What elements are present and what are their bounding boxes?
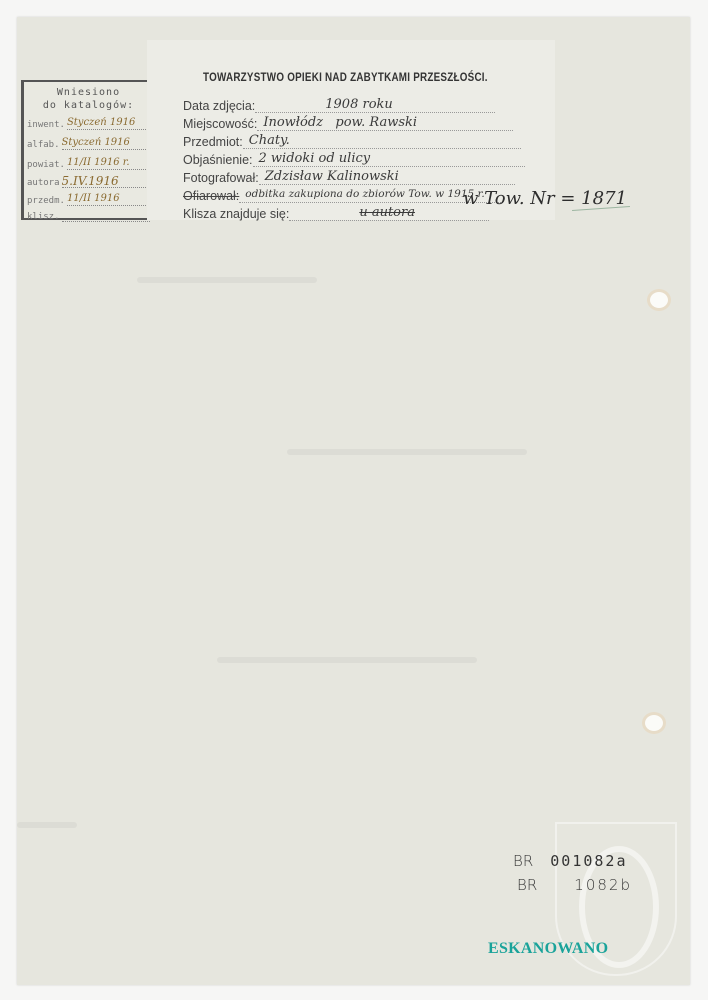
- shelfmark-line1: BR 001082a: [513, 852, 628, 870]
- stamp-row-value: 11/II 1916: [67, 193, 150, 206]
- punch-hole: [645, 715, 663, 731]
- field-value: Zdzisław Kalinowski: [259, 169, 515, 185]
- field-ofiarowal: Ofiarował: odbitka zakupiona do zbiorów …: [183, 185, 503, 203]
- stamp-row-value: [62, 221, 150, 222]
- card-title: TOWARZYSTWO OPIEKI NAD ZABYTKAMI PRZESZŁ…: [203, 70, 488, 84]
- plate-location-addition: w Tow. Nr = 1871: [463, 188, 627, 209]
- show-through-mark: [287, 449, 527, 455]
- field-miejscowosc: Miejscowość: Inowłódz pow. Rawski: [183, 113, 513, 131]
- field-value: Inowłódz pow. Rawski: [257, 115, 513, 131]
- field-label: Klisza znajduje się:: [183, 207, 289, 221]
- field-value-struck: u autora: [289, 205, 489, 221]
- show-through-mark: [137, 277, 317, 283]
- stamp-row-label: powiat.: [27, 160, 65, 170]
- stamp-row-value: 5.IV.1916: [62, 175, 150, 188]
- field-label: Data zdjęcia:: [183, 99, 255, 113]
- field-label: Przedmiot:: [183, 135, 243, 149]
- field-klisza: Klisza znajduje się: u autora: [183, 203, 489, 221]
- field-label: Ofiarował:: [183, 189, 239, 203]
- field-label: Miejscowość:: [183, 117, 257, 131]
- stamp-row-label: klisz.: [27, 212, 60, 222]
- stamp-row-value: 11/II 1916 r.: [67, 157, 150, 170]
- stamp-row-przedm: przedm. 11/II 1916: [27, 190, 150, 206]
- stamp-row-value: Styczeń 1916: [67, 117, 150, 130]
- shelfmark-prefix: BR: [513, 852, 533, 870]
- punch-hole: [650, 292, 668, 308]
- show-through-mark: [217, 657, 477, 663]
- stamp-heading-line2: do katalogów:: [24, 99, 153, 112]
- field-value: 2 widoki od ulicy: [253, 151, 525, 167]
- show-through-mark: [17, 822, 77, 828]
- shelfmark-number: 001082a: [550, 852, 627, 870]
- stamp-row-alfab: alfab. Styczeń 1916: [27, 134, 150, 150]
- stamp-heading: Wniesiono do katalogów:: [24, 86, 153, 112]
- stamp-heading-line1: Wniesiono: [24, 86, 153, 99]
- field-objasnienie: Objaśnienie: 2 widoki od ulicy: [183, 149, 525, 167]
- stamp-row-label: alfab.: [27, 140, 60, 150]
- field-label: Fotografował:: [183, 171, 259, 185]
- catalog-stamp: Wniesiono do katalogów: inwent. Styczeń …: [21, 80, 155, 220]
- stamp-row-label: przedm.: [27, 196, 65, 206]
- stamp-row-inwent: inwent. Styczeń 1916: [27, 114, 150, 130]
- field-fotografowal: Fotografował: Zdzisław Kalinowski: [183, 167, 515, 185]
- scanned-stamp: ESKANOWANO: [488, 940, 608, 958]
- stamp-row-label: inwent.: [27, 120, 65, 130]
- field-przedmiot: Przedmiot: Chaty.: [183, 131, 521, 149]
- stamp-row-value: Styczeń 1916: [62, 137, 150, 150]
- stamp-row-label: autora: [27, 178, 60, 188]
- field-data-zdjecia: Data zdjęcia: 1908 roku: [183, 95, 495, 113]
- field-label: Objaśnienie:: [183, 153, 253, 167]
- field-value: Chaty.: [243, 133, 521, 149]
- field-value: 1908 roku: [255, 97, 495, 113]
- stamp-row-powiat: powiat. 11/II 1916 r.: [27, 154, 150, 170]
- shelfmark-line2: BR 1082b: [517, 876, 632, 894]
- stamp-row-autora: autora 5.IV.1916: [27, 172, 150, 188]
- stamp-row-klisz: klisz.: [27, 206, 150, 222]
- shelfmark-prefix: BR: [517, 876, 537, 894]
- shelfmark-number: 1082b: [574, 876, 632, 894]
